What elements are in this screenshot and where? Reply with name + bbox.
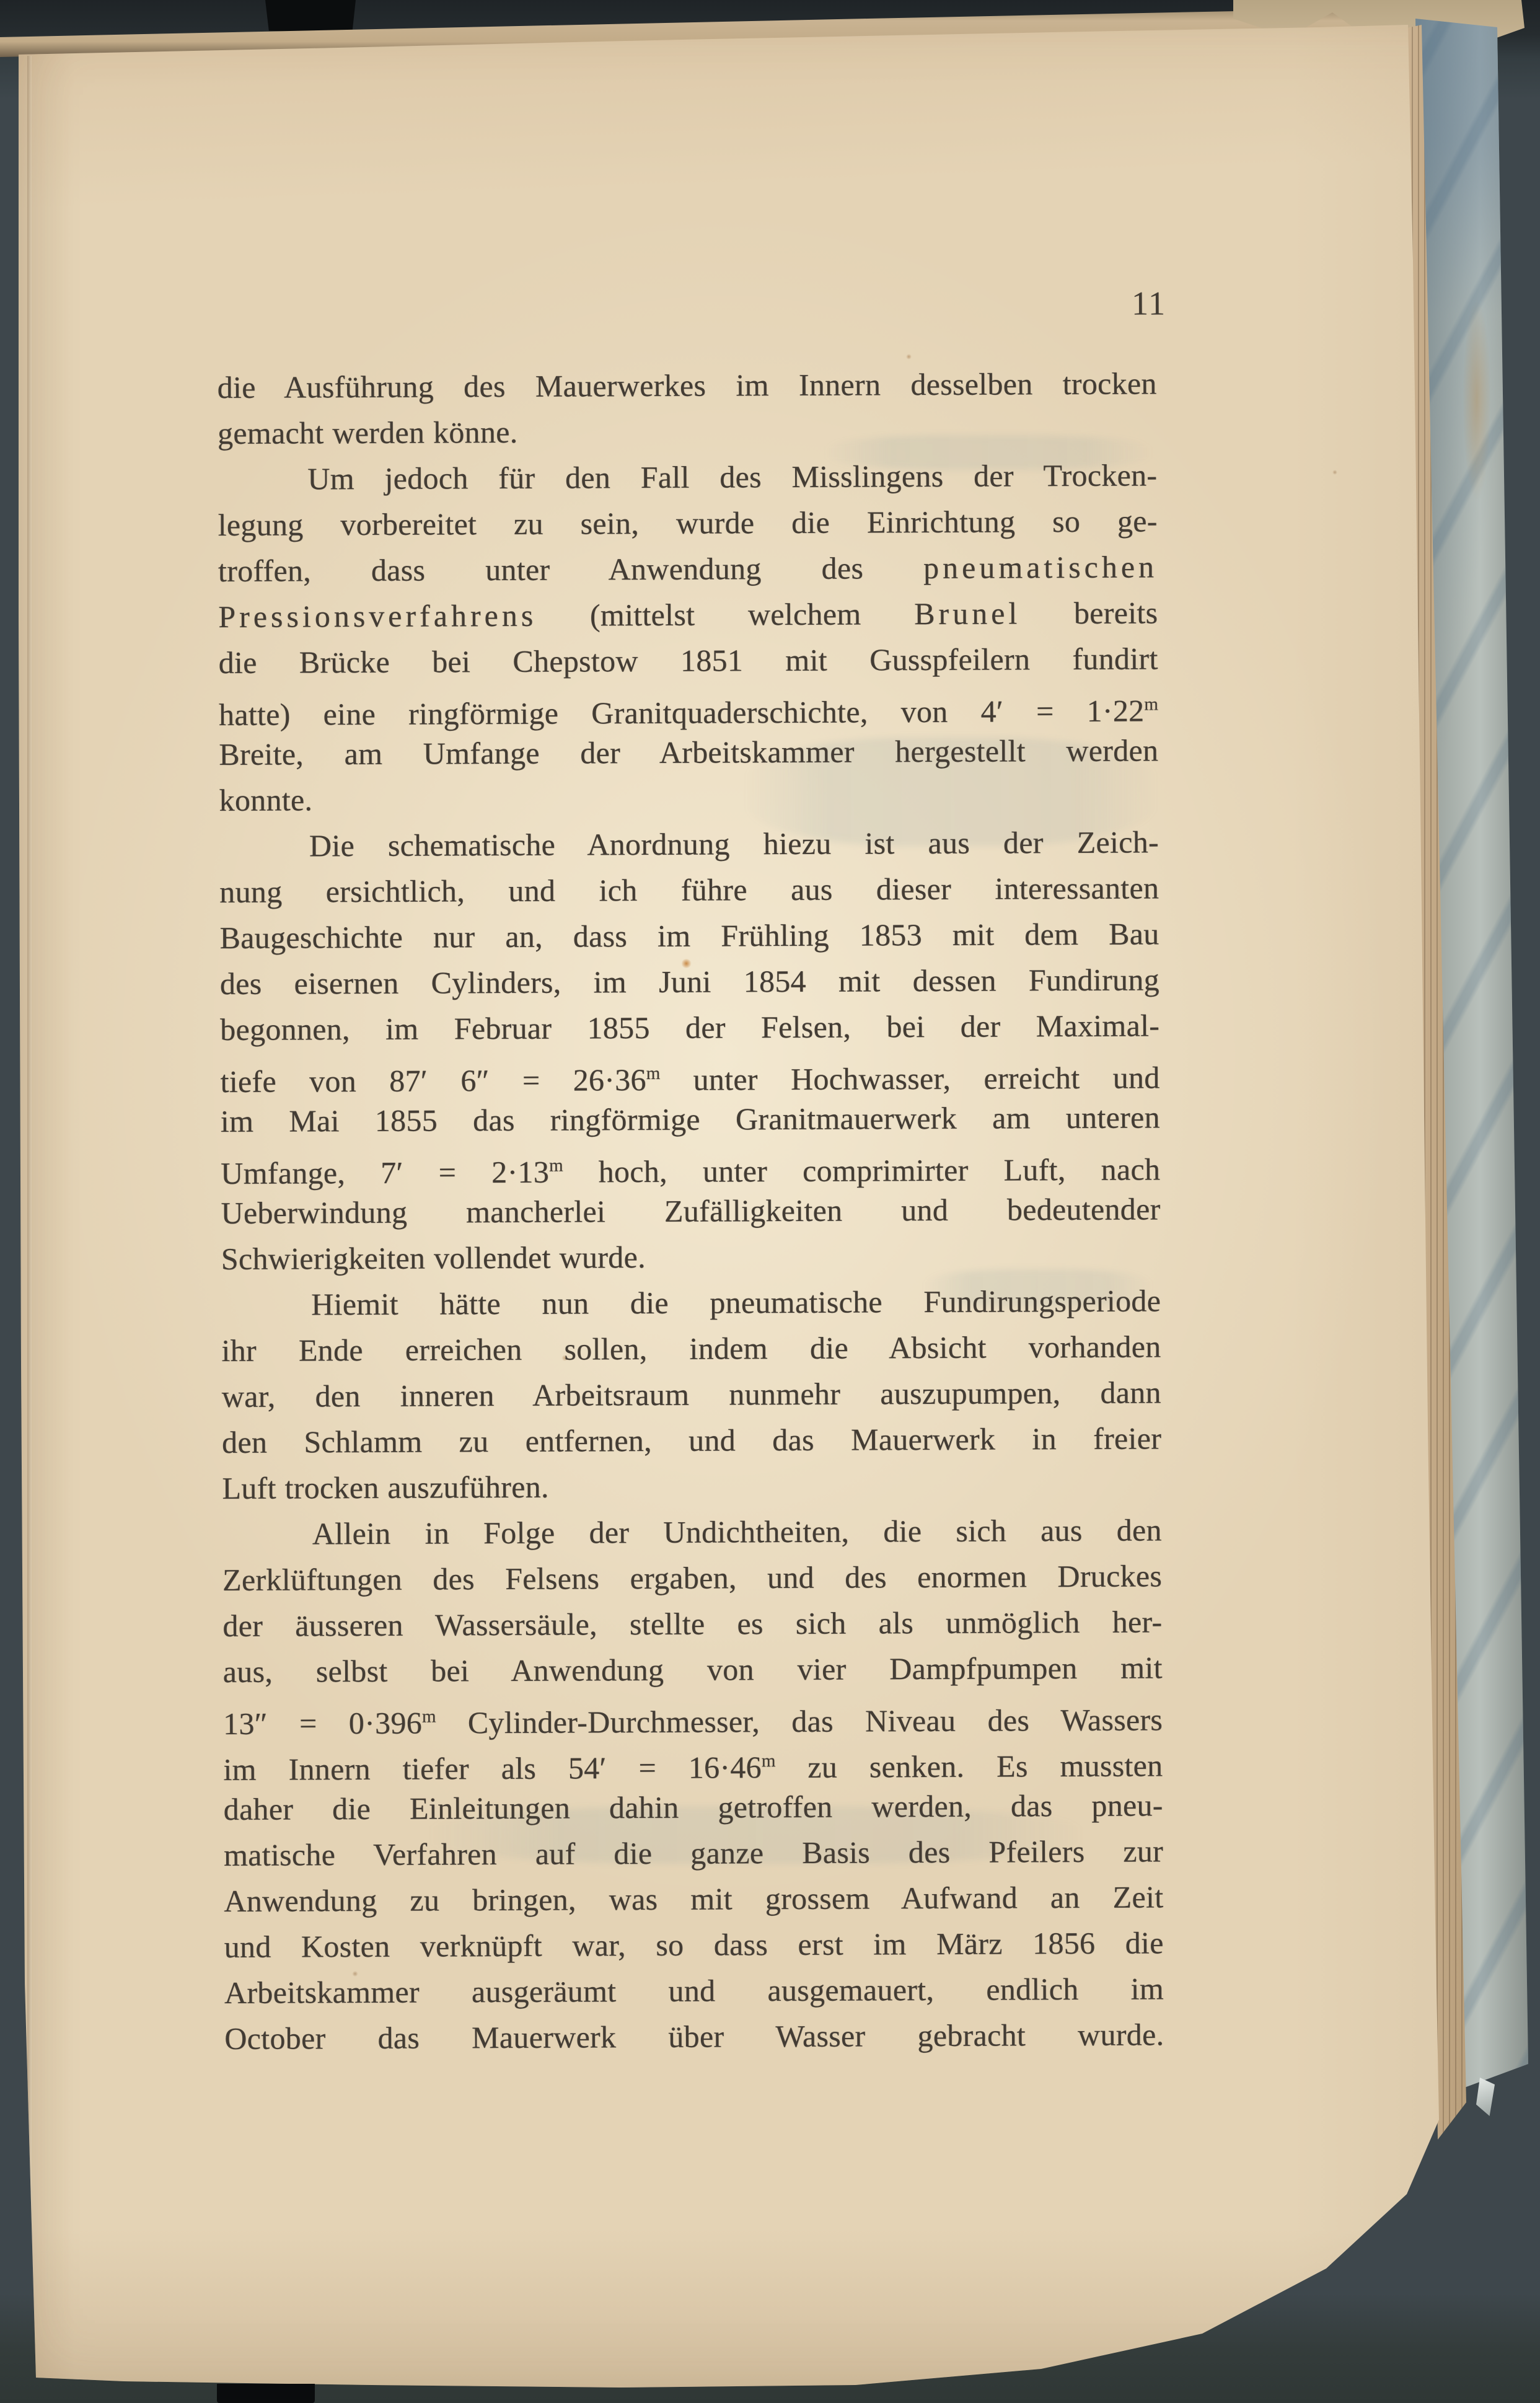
text-line: und Kosten verknüpft war, so dass erst i…: [224, 1920, 1164, 1970]
text-segment: 13″ = 0·396: [223, 1706, 422, 1741]
text-line: Anwendung zu bringen, was mit grossem Au…: [224, 1874, 1163, 1924]
text-segment: gemacht werden könne.: [218, 415, 518, 451]
text-segment: Luft trocken auszuführen.: [222, 1470, 549, 1506]
text-segment: Zerklüftungen des Felsens ergaben, und d…: [222, 1558, 1162, 1597]
text-line: den Schlamm zu entfernen, und das Mauerw…: [222, 1415, 1161, 1465]
text-segment: Arbeitskammer ausgeräumt und ausgemauert…: [224, 1971, 1164, 2010]
text-line: die Ausführung des Mauerwerkes im Innern…: [218, 360, 1157, 410]
superscript-unit: m: [1144, 694, 1158, 714]
text-line: aus, selbst bei Anwendung von vier Dampf…: [223, 1644, 1163, 1695]
torn-paper-glint: [1476, 2078, 1495, 2116]
text-line: Zerklüftungen des Felsens ergaben, und d…: [222, 1553, 1162, 1603]
text-line: im Innern tiefer als 54′ = 16·46m zu sen…: [223, 1736, 1163, 1786]
text-segment: zu senken. Es mussten: [775, 1748, 1163, 1784]
text-segment: Baugeschichte nur an, dass im Frühling 1…: [219, 916, 1159, 955]
text-segment: Allein in Folge der Undichtheiten, die s…: [312, 1512, 1162, 1551]
text-segment: tiefe von 87′ 6″ = 26·36: [220, 1062, 646, 1099]
superscript-unit: m: [549, 1156, 563, 1176]
text-segment: daher die Einleitungen dahin getroffen w…: [224, 1788, 1163, 1827]
text-segment: aus, selbst bei Anwendung von vier Dampf…: [223, 1650, 1163, 1689]
text-segment: nung ersichtlich, und ich führe aus dies…: [219, 870, 1159, 909]
text-line: Baugeschichte nur an, dass im Frühling 1…: [219, 910, 1159, 961]
text-segment: der äusseren Wassersäule, stellte es sic…: [222, 1604, 1162, 1643]
text-segment: Pressionsverfahrens: [218, 598, 537, 634]
text-segment: matische Verfahren auf die ganze Basis d…: [224, 1833, 1163, 1872]
text-line: nung ersichtlich, und ich führe aus dies…: [219, 865, 1159, 915]
text-line: Luft trocken auszuführen.: [222, 1461, 1161, 1511]
text-segment: bereits: [1021, 595, 1158, 630]
text-segment: die Ausführung des Mauerwerkes im Innern…: [218, 366, 1157, 405]
page-number: 11: [217, 286, 1166, 325]
text-line: Um jedoch für den Fall des Misslingens d…: [218, 452, 1157, 502]
text-segment: Umfange, 7′ = 2·13: [221, 1155, 549, 1191]
scanner-tab-mark: [217, 2384, 315, 2403]
book-scan: 11 die Ausführung des Mauerwerkes im Inn…: [0, 0, 1540, 2403]
superscript-unit: m: [762, 1751, 776, 1771]
text-segment: im Mai 1855 das ringförmige Granitmauerw…: [221, 1100, 1160, 1139]
text-line: der äusseren Wassersäule, stellte es sic…: [222, 1598, 1162, 1649]
text-line: konnte.: [219, 773, 1158, 823]
text-segment: Anwendung zu bringen, was mit grossem Au…: [224, 1879, 1163, 1918]
text-line: daher die Einleitungen dahin getroffen w…: [224, 1782, 1163, 1832]
scanner-clip-mark: [265, 0, 356, 33]
text-line: des eisernen Cylinders, im Juni 1854 mit…: [220, 956, 1159, 1007]
text-segment: October das Mauerwerk über Wasser gebrac…: [224, 2017, 1164, 2056]
text-line: troffen, dass unter Anwendung des pneuma…: [218, 544, 1158, 594]
text-segment: Schwierigkeiten vollendet wurde.: [221, 1240, 646, 1276]
printed-text-block: 11 die Ausführung des Mauerwerkes im Inn…: [217, 286, 1164, 2061]
text-segment: Ueberwindung mancherlei Zufälligkeiten u…: [221, 1191, 1160, 1230]
text-line: im Mai 1855 das ringförmige Granitmauerw…: [221, 1094, 1160, 1144]
text-segment: des eisernen Cylinders, im Juni 1854 mit…: [220, 962, 1159, 1001]
text-segment: legung vorbereitet zu sein, wurde die Ei…: [218, 503, 1158, 542]
text-segment: im Innern tiefer als 54′ = 16·46: [223, 1750, 762, 1787]
text-line: hatte) eine ringförmige Granitquaderschi…: [219, 681, 1158, 731]
text-segment: den Schlamm zu entfernen, und das Mauerw…: [222, 1421, 1161, 1460]
text-line: ihr Ende erreichen sollen, indem die Abs…: [221, 1323, 1161, 1373]
text-segment: und Kosten verknüpft war, so dass erst i…: [224, 1925, 1164, 1964]
text-segment: Brunel: [914, 596, 1021, 631]
text-segment: die Brücke bei Chepstow 1851 mit Gusspfe…: [219, 641, 1158, 680]
text-line: Umfange, 7′ = 2·13m hoch, unter comprimi…: [221, 1140, 1160, 1190]
text-line: Ueberwindung mancherlei Zufälligkeiten u…: [221, 1186, 1160, 1236]
text-line: legung vorbereitet zu sein, wurde die Ei…: [218, 498, 1157, 548]
text-segment: Um jedoch für den Fall des Misslingens d…: [307, 457, 1157, 496]
text-segment: begonnen, im Februar 1855 der Felsen, be…: [220, 1008, 1159, 1047]
text-segment: Die schematische Anordnung hiezu ist aus…: [309, 824, 1159, 863]
text-line: Schwierigkeiten vollendet wurde.: [221, 1232, 1161, 1282]
text-segment: Cylinder-Durchmesser, das Niveau des Was…: [436, 1702, 1163, 1740]
book-page: 11 die Ausführung des Mauerwerkes im Inn…: [0, 0, 1540, 2403]
superscript-unit: m: [422, 1706, 436, 1726]
text-segment: troffen, dass unter Anwendung des: [218, 550, 923, 588]
text-segment: (mittelst welchem: [537, 596, 914, 633]
text-line: October das Mauerwerk über Wasser gebrac…: [224, 2011, 1164, 2061]
text-line: Pressionsverfahrens (mittelst welchem Br…: [218, 589, 1158, 640]
text-line: tiefe von 87′ 6″ = 26·36m unter Hochwass…: [220, 1048, 1159, 1098]
text-segment: Hiemit hätte nun die pneumatische Fundir…: [311, 1283, 1161, 1321]
body-text: die Ausführung des Mauerwerkes im Innern…: [218, 360, 1164, 2061]
text-segment: hoch, unter comprimirter Luft, nach: [563, 1152, 1161, 1189]
text-line: die Brücke bei Chepstow 1851 mit Gusspfe…: [218, 635, 1158, 686]
text-segment: ihr Ende erreichen sollen, indem die Abs…: [221, 1329, 1161, 1368]
text-line: gemacht werden könne.: [218, 406, 1157, 456]
cover-stain: [1463, 298, 1491, 502]
text-line: begonnen, im Februar 1855 der Felsen, be…: [220, 1002, 1159, 1052]
text-line: Breite, am Umfange der Arbeitskammer her…: [219, 727, 1158, 777]
text-line: Hiemit hätte nun die pneumatische Fundir…: [221, 1277, 1161, 1328]
superscript-unit: m: [646, 1064, 661, 1083]
text-segment: pneumatischen: [923, 549, 1158, 585]
text-segment: unter Hochwasser, erreicht und: [660, 1060, 1159, 1097]
text-line: Die schematische Anordnung hiezu ist aus…: [219, 819, 1159, 869]
text-line: matische Verfahren auf die ganze Basis d…: [224, 1828, 1163, 1878]
foxing-spot: [1332, 470, 1337, 475]
text-segment: war, den inneren Arbeitsraum nunmehr aus…: [222, 1375, 1161, 1414]
text-line: 13″ = 0·396m Cylinder-Durchmesser, das N…: [223, 1690, 1163, 1740]
text-line: Arbeitskammer ausgeräumt und ausgemauert…: [224, 1965, 1164, 2016]
text-segment: konnte.: [219, 782, 312, 818]
text-line: war, den inneren Arbeitsraum nunmehr aus…: [222, 1369, 1161, 1419]
gutter-crease: [27, 56, 32, 2374]
text-segment: hatte) eine ringförmige Granitquaderschi…: [219, 693, 1145, 732]
text-line: Allein in Folge der Undichtheiten, die s…: [222, 1507, 1162, 1557]
text-segment: Breite, am Umfange der Arbeitskammer her…: [219, 733, 1158, 772]
